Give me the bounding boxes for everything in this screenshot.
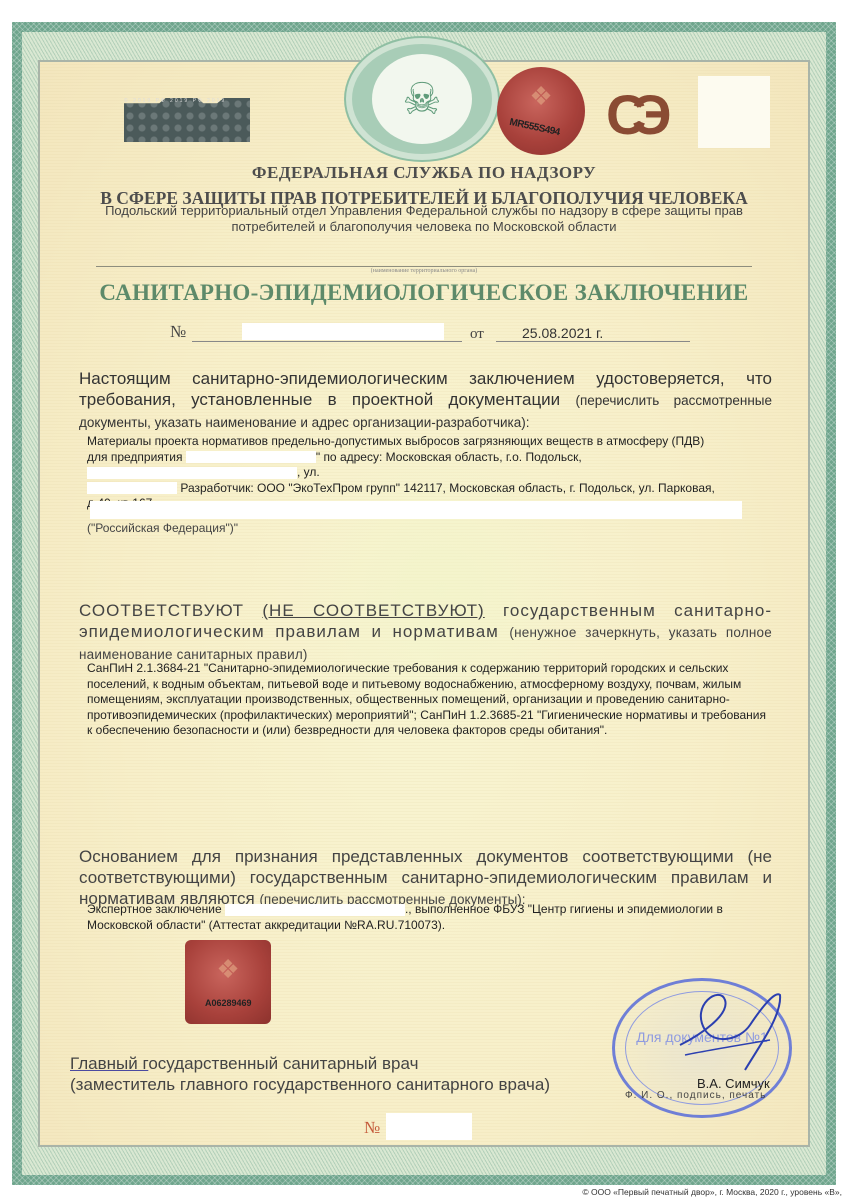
redacted-form-number bbox=[386, 1113, 472, 1140]
materials-line2-b: " по адресу: Московская область, г.о. По… bbox=[316, 450, 582, 464]
hologram-seal-top: ❖ MR555S494 bbox=[497, 67, 585, 155]
double-headed-eagle-icon: ☠ bbox=[372, 54, 472, 144]
form-number-label: № bbox=[364, 1118, 380, 1138]
chief-title-line: Главный государственный санитарный врач bbox=[70, 1053, 550, 1074]
chief-deputy: (заместитель главного государственного с… bbox=[70, 1074, 550, 1095]
emblem-badge: ☠ bbox=[352, 44, 492, 154]
divider-caption: (наименование территориального органа) bbox=[0, 268, 848, 274]
redacted-line bbox=[90, 501, 742, 519]
materials-line2-a: для предприятия bbox=[87, 450, 183, 464]
hologram-seal-bottom: ❖ A06289469 bbox=[185, 940, 271, 1024]
developer-text: Разработчик: ООО "ЭкоТехПром групп" 1421… bbox=[180, 481, 714, 495]
number-underline bbox=[192, 341, 462, 342]
materials-description: Материалы проекта нормативов предельно-д… bbox=[87, 434, 772, 512]
department-name: Подольский территориальный отдел Управле… bbox=[80, 203, 768, 235]
country-text: ("Российская Федерация")" bbox=[87, 521, 238, 537]
hologram-number: MR555S494 bbox=[508, 117, 560, 138]
signer-name: В.А. Симчук bbox=[697, 1076, 770, 1091]
not-conform-label: (НЕ СООТВЕТСТВУЮТ) bbox=[262, 601, 484, 620]
redacted-box bbox=[698, 76, 770, 148]
se-logo: СЭ bbox=[606, 87, 658, 143]
redacted-street bbox=[87, 482, 177, 494]
security-strip-label: © 2019 РФ 2019 РФ 2019 bbox=[124, 98, 226, 104]
redacted-company bbox=[186, 451, 316, 463]
eagle-icon: ❖ bbox=[185, 954, 271, 985]
agency-line1: ФЕДЕРАЛЬНАЯ СЛУЖБА ПО НАДЗОРУ bbox=[0, 163, 848, 183]
redacted-address bbox=[87, 467, 297, 479]
chief-doctor-title: Главный государственный санитарный врач … bbox=[70, 1053, 550, 1095]
chief-title-underlined: Главный г bbox=[70, 1054, 148, 1073]
redacted-number bbox=[242, 323, 444, 340]
basis-statement: Основанием для признания представленных … bbox=[79, 846, 772, 910]
certification-intro: Настоящим санитарно-эпидемиологическим з… bbox=[79, 368, 772, 433]
eagle-icon: ❖ bbox=[497, 81, 585, 112]
materials-line3: Разработчик: ООО "ЭкоТехПром групп" 1421… bbox=[87, 481, 772, 497]
chief-title-rest: осударственный санитарный врач bbox=[148, 1054, 418, 1073]
expert-label: Экспертное заключение bbox=[87, 902, 222, 916]
expert-conclusion: Экспертное заключение ., выполненное ФБУ… bbox=[87, 902, 772, 933]
materials-line2: для предприятия " по адресу: Московская … bbox=[87, 450, 772, 481]
document-title: САНИТАРНО-ЭПИДЕМИОЛОГИЧЕСКОЕ ЗАКЛЮЧЕНИЕ bbox=[0, 280, 848, 306]
divider bbox=[96, 266, 752, 267]
number-label: № bbox=[170, 322, 186, 342]
materials-line1: Материалы проекта нормативов предельно-д… bbox=[87, 434, 772, 450]
printer-credit: © ООО «Первый печатный двор», г. Москва,… bbox=[582, 1187, 842, 1197]
hologram-number: A06289469 bbox=[205, 998, 252, 1008]
date-underline bbox=[496, 341, 690, 342]
sanpin-list: СанПиН 2.1.3684-21 "Санитарно-эпидемиоло… bbox=[87, 661, 772, 739]
conformity-statement: СООТВЕТСТВУЮТ (НЕ СООТВЕТСТВУЮТ) государ… bbox=[79, 600, 772, 665]
conform-label: СООТВЕТСТВУЮТ bbox=[79, 601, 244, 620]
materials-line2-c: , ул. bbox=[297, 465, 320, 479]
date-label: от bbox=[470, 326, 484, 343]
number-date-row: № от 25.08.2021 г. bbox=[170, 322, 690, 344]
redacted-expert-number bbox=[225, 904, 405, 916]
signature-caption: Ф. И. О., подпись, печать bbox=[625, 1090, 766, 1101]
document-date: 25.08.2021 г. bbox=[522, 325, 603, 341]
security-strip bbox=[124, 98, 250, 142]
signature-icon bbox=[670, 985, 790, 1075]
